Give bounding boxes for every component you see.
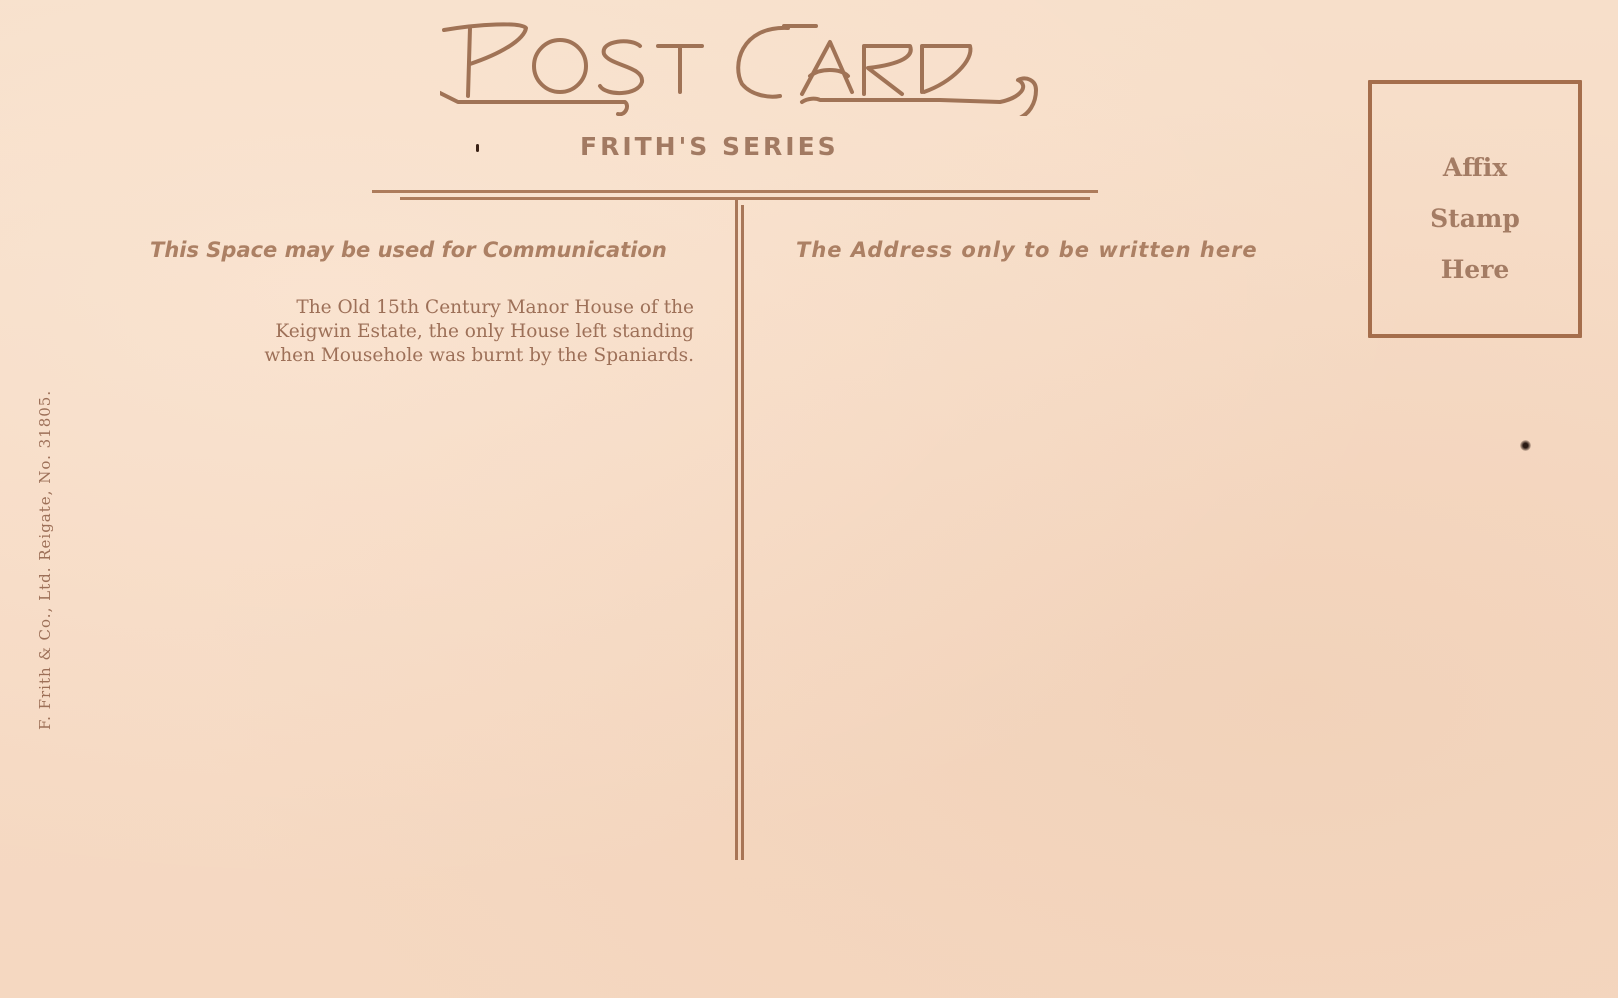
series-name: FRITH'S SERIES xyxy=(580,132,839,161)
center-divider-right-line xyxy=(741,205,744,860)
ink-blot xyxy=(1520,440,1531,451)
stamp-instructions: Affix Stamp Here xyxy=(1372,142,1578,295)
center-divider-left-line xyxy=(735,200,738,860)
stamp-line: Stamp xyxy=(1372,193,1578,244)
ink-speck xyxy=(476,144,479,152)
caption-line: when Mousehole was burnt by the Spaniard… xyxy=(170,344,694,368)
header-rule-top xyxy=(372,190,1098,193)
postcard-title: POST CARD xyxy=(440,6,1080,106)
communication-label: This Space may be used for Communication xyxy=(150,238,667,262)
caption-line: Keigwin Estate, the only House left stan… xyxy=(170,320,694,344)
address-label: The Address only to be written here xyxy=(796,238,1258,262)
postcard-back: POST CARD FRITH'S SERIES This Space may … xyxy=(0,0,1618,998)
photo-caption: The Old 15th Century Manor House of the … xyxy=(170,296,694,368)
stamp-line: Affix xyxy=(1372,142,1578,193)
header-rule-bottom xyxy=(400,197,1090,200)
stamp-box: Affix Stamp Here xyxy=(1368,80,1582,338)
publisher-imprint: F. Frith & Co., Ltd. Reigate, No. 31805. xyxy=(36,390,54,730)
caption-line: The Old 15th Century Manor House of the xyxy=(170,296,694,320)
stamp-line: Here xyxy=(1372,244,1578,295)
